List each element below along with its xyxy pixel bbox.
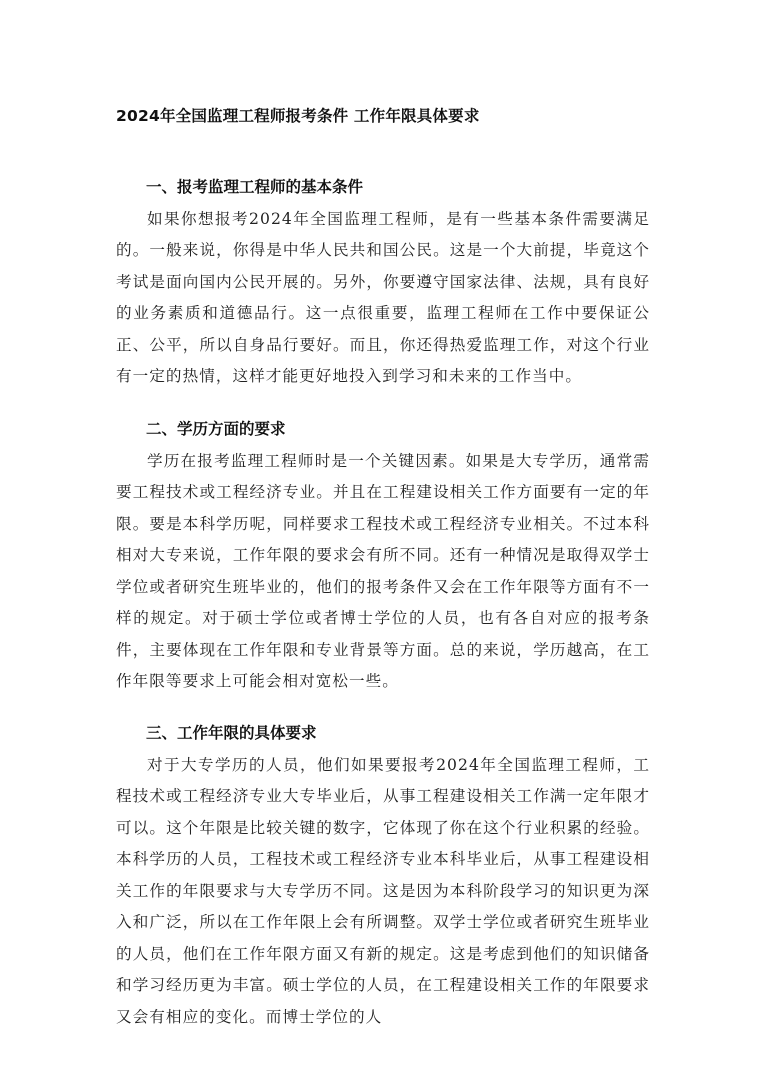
section-heading: 三、工作年限的具体要求 <box>116 718 650 750</box>
section-education-requirements: 二、学历方面的要求 学历在报考监理工程师时是一个关键因素。如果是大专学历，通常需… <box>116 414 650 698</box>
section-body: 对于大专学历的人员，他们如果要报考2024年全国监理工程师，工程技术或工程经济专… <box>116 750 650 1034</box>
section-work-experience-requirements: 三、工作年限的具体要求 对于大专学历的人员，他们如果要报考2024年全国监理工程… <box>116 718 650 1033</box>
section-body: 如果你想报考2024年全国监理工程师，是有一些基本条件需要满足的。一般来说，你得… <box>116 204 650 393</box>
section-heading: 二、学历方面的要求 <box>116 414 650 446</box>
section-heading: 一、报考监理工程师的基本条件 <box>116 172 650 204</box>
document-title: 2024年全国监理工程师报考条件 工作年限具体要求 <box>116 106 676 126</box>
section-body: 学历在报考监理工程师时是一个关键因素。如果是大专学历，通常需要工程技术或工程经济… <box>116 446 650 698</box>
section-basic-conditions: 一、报考监理工程师的基本条件 如果你想报考2024年全国监理工程师，是有一些基本… <box>116 172 650 393</box>
